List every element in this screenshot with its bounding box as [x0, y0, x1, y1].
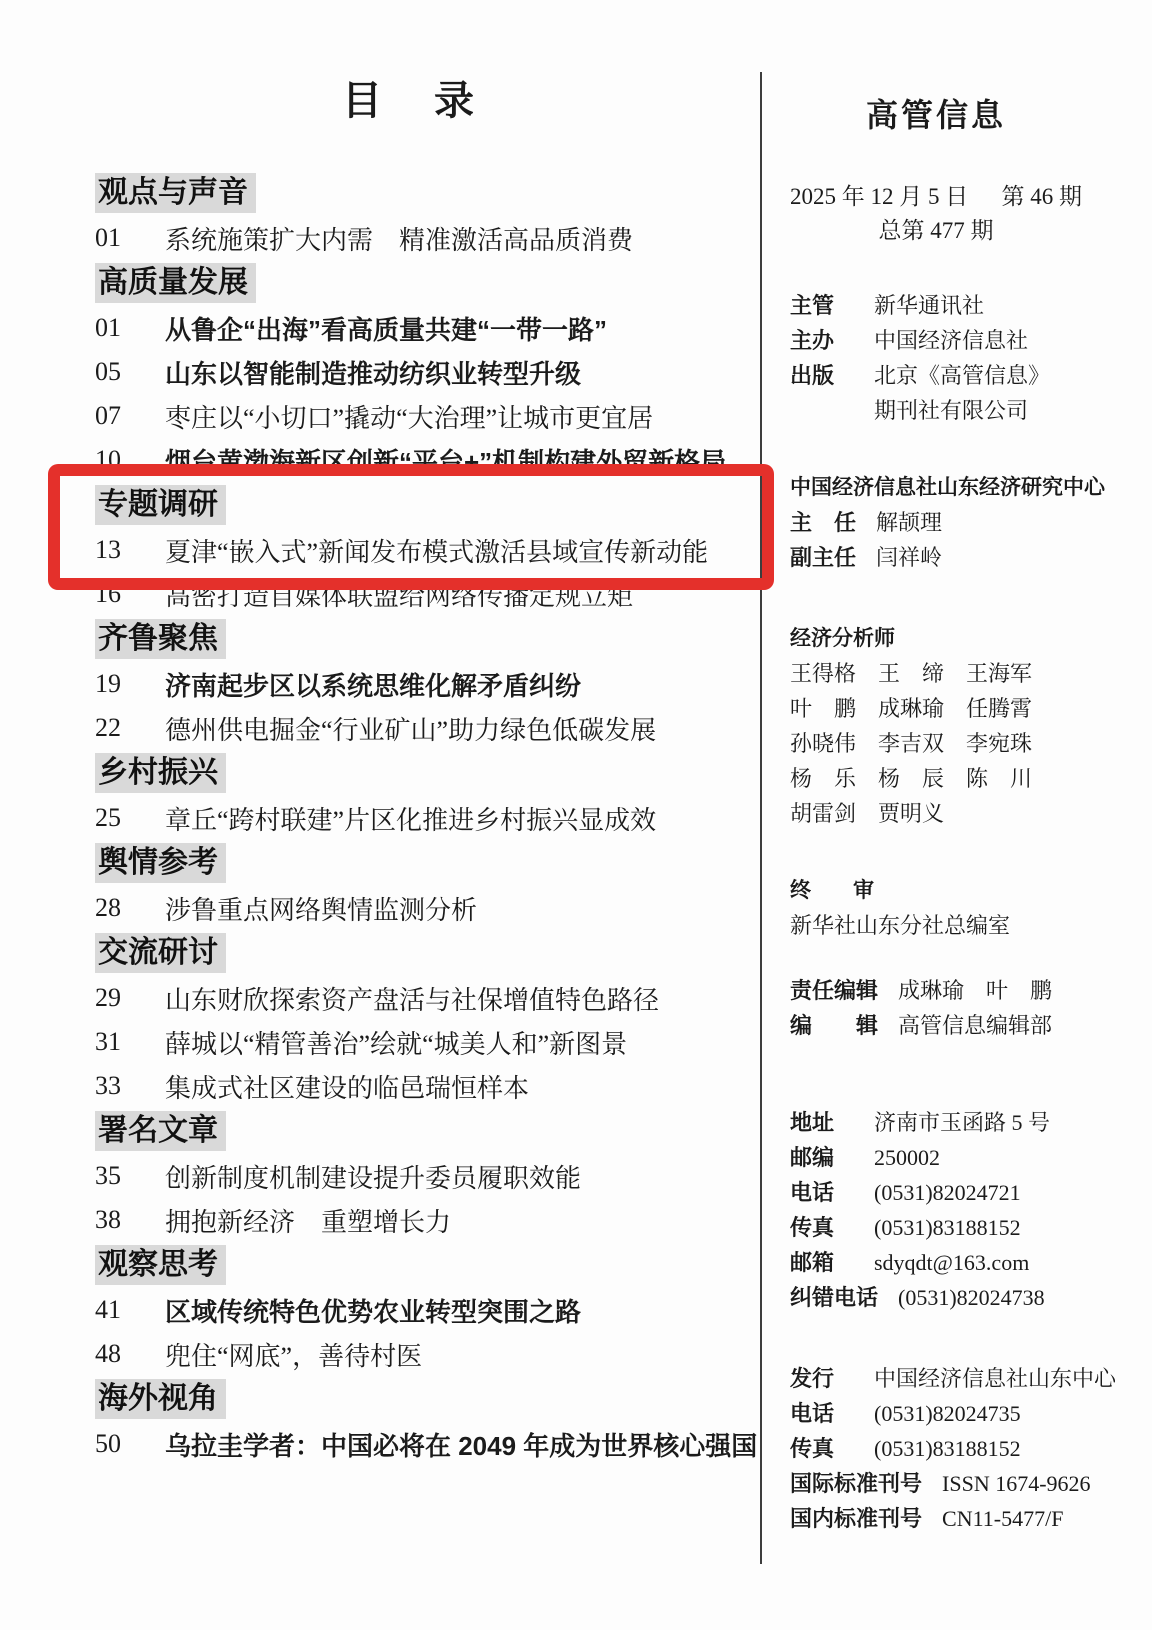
masthead-row: 地址济南市玉函路 5 号 — [790, 1105, 1082, 1140]
masthead-row-label: 国际标准刊号 — [790, 1466, 922, 1501]
toc-section-header: 观点与声音 — [95, 170, 727, 216]
toc-item: 50乌拉圭学者：中国必将在 2049 年成为世界核心强国 — [95, 1422, 727, 1466]
masthead-row-label: 副主任 — [790, 540, 856, 575]
toc-section-header: 舆情参考 — [95, 840, 727, 886]
toc-item-page-number: 31 — [95, 1027, 139, 1057]
toc-item-page-number: 25 — [95, 803, 139, 833]
toc-item: 41区域传统特色优势农业转型突围之路 — [95, 1288, 727, 1332]
masthead-row-value: 北京《高管信息》 — [874, 363, 1050, 388]
toc-item-page-number: 29 — [95, 983, 139, 1013]
masthead-row: 邮箱sdyqdt@163.com — [790, 1245, 1082, 1280]
toc-item-page-number: 22 — [95, 713, 139, 743]
issue-date: 2025 年 12 月 5 日 — [790, 180, 968, 214]
masthead-row-label: 电话 — [790, 1175, 854, 1210]
issue-date-block: 2025 年 12 月 5 日 第 46 期 总第 477 期 — [790, 180, 1082, 248]
toc-item-title: 系统施策扩大内需 精准激活高品质消费 — [165, 220, 633, 257]
toc-item: 29山东财欣探索资产盘活与社保增值特色路径 — [95, 976, 727, 1020]
toc-item-title: 薛城以“精管善治”绘就“城美人和”新图景 — [165, 1024, 627, 1061]
toc-item-page-number: 48 — [95, 1339, 139, 1369]
toc-item: 22德州供电掘金“行业矿山”助力绿色低碳发展 — [95, 706, 727, 750]
toc-item-page-number: 38 — [95, 1205, 139, 1235]
contact-block: 地址济南市玉函路 5 号邮编250002电话(0531)82024721传真(0… — [790, 1105, 1082, 1315]
toc-item-title: 集成式社区建设的临邑瑞恒样本 — [165, 1068, 529, 1105]
toc-section-header: 观察思考 — [95, 1242, 727, 1288]
toc-item: 35创新制度机制建设提升委员履职效能 — [95, 1154, 727, 1198]
toc-item-page-number: 01 — [95, 223, 139, 253]
toc-item-title: 涉鲁重点网络舆情监测分析 — [165, 890, 477, 927]
analyst-name-row: 胡雷剑 贾明义 — [790, 796, 1082, 831]
issue-number: 第 46 期 — [1002, 180, 1083, 214]
director-rows: 主 任解颉理副主任闫祥岭 — [790, 505, 1082, 575]
toc-item-page-number: 41 — [95, 1295, 139, 1325]
masthead-row-label: 地址 — [790, 1105, 854, 1140]
toc-item-title: 兜住“网底”，善待村医 — [165, 1336, 422, 1373]
toc-item-page-number: 50 — [95, 1429, 139, 1459]
toc-item: 28涉鲁重点网络舆情监测分析 — [95, 886, 727, 930]
analyst-name-row: 王得格 王 缔 王海军 — [790, 656, 1082, 691]
toc-section-header-label: 署名文章 — [95, 1111, 226, 1152]
masthead-row-value: (0531)82024738 — [898, 1285, 1045, 1310]
masthead-row: 邮编250002 — [790, 1140, 1082, 1175]
toc-item-title: 德州供电掘金“行业矿山”助力绿色低碳发展 — [165, 710, 656, 747]
masthead-row-value: ISSN 1674-9626 — [942, 1471, 1091, 1496]
masthead-row: 主 任解颉理 — [790, 505, 1082, 540]
masthead-row-label: 主管 — [790, 288, 854, 323]
toc-item: 25章丘“跨村联建”片区化推进乡村振兴显成效 — [95, 796, 727, 840]
toc-section-header: 齐鲁聚焦 — [95, 616, 727, 662]
analysts-block: 经济分析师 王得格 王 缔 王海军叶 鹏 成琳瑜 任腾霄孙晓伟 李吉双 李宛珠杨… — [790, 621, 1082, 831]
masthead-row: 主办中国经济信息社 — [790, 323, 1082, 358]
page: { "toc": { "title": "目 录", "sections": [… — [0, 0, 1152, 1630]
highlight-annotation-box — [48, 464, 774, 590]
masthead-row-value: (0531)82024735 — [874, 1401, 1021, 1426]
masthead-row-value: (0531)83188152 — [874, 1436, 1021, 1461]
masthead-row: 责任编辑成琳瑜 叶 鹏 — [790, 973, 1082, 1008]
analysts-header: 经济分析师 — [790, 621, 1082, 656]
toc-section-header: 署名文章 — [95, 1108, 727, 1154]
masthead-row-label: 邮箱 — [790, 1245, 854, 1280]
masthead-column: 高管信息 2025 年 12 月 5 日 第 46 期 总第 477 期 主管新… — [790, 80, 1082, 1536]
toc-item-title: 章丘“跨村联建”片区化推进乡村振兴显成效 — [165, 800, 656, 837]
toc-item-title: 山东财欣探索资产盘活与社保增值特色路径 — [165, 980, 659, 1017]
masthead-row: 国际标准刊号ISSN 1674-9626 — [790, 1466, 1082, 1501]
masthead-row: 主管新华通讯社 — [790, 288, 1082, 323]
masthead-row-value: 新华通讯社 — [874, 293, 984, 318]
masthead-row: 出版北京《高管信息》 — [790, 358, 1082, 393]
toc-title: 目 录 — [95, 78, 727, 124]
publisher-block: 主管新华通讯社主办中国经济信息社出版北京《高管信息》期刊社有限公司 — [790, 288, 1082, 428]
analyst-rows: 王得格 王 缔 王海军叶 鹏 成琳瑜 任腾霄孙晓伟 李吉双 李宛珠杨 乐 杨 辰… — [790, 656, 1082, 831]
toc-section-header: 交流研讨 — [95, 930, 727, 976]
masthead-row-label: 出版 — [790, 358, 854, 393]
toc-item: 19济南起步区以系统思维化解矛盾纠纷 — [95, 662, 727, 706]
masthead-row-value: 250002 — [874, 1145, 940, 1170]
toc-item-title: 从鲁企“出海”看高质量共建“一带一路” — [165, 310, 607, 347]
toc-item: 01系统施策扩大内需 精准激活高品质消费 — [95, 216, 727, 260]
toc-item: 07枣庄以“小切口”撬动“大治理”让城市更宜居 — [95, 394, 727, 438]
toc-item-title: 区域传统特色优势农业转型突围之路 — [165, 1292, 581, 1329]
toc-item-page-number: 28 — [95, 893, 139, 923]
toc-item: 05山东以智能制造推动纺织业转型升级 — [95, 350, 727, 394]
toc-section-header-label: 海外视角 — [95, 1379, 226, 1420]
masthead-row-label: 传真 — [790, 1431, 854, 1466]
toc-item-page-number: 07 — [95, 401, 139, 431]
final-review-value: 新华社山东分社总编室 — [790, 908, 1082, 943]
toc-item-title: 山东以智能制造推动纺织业转型升级 — [165, 354, 581, 391]
toc-item: 01从鲁企“出海”看高质量共建“一带一路” — [95, 306, 727, 350]
masthead-row: 期刊社有限公司 — [790, 393, 1082, 428]
final-review-label: 终 审 — [790, 873, 1082, 908]
toc-item: 33集成式社区建设的临邑瑞恒样本 — [95, 1064, 727, 1108]
toc-item-page-number: 05 — [95, 357, 139, 387]
toc-section-header-label: 高质量发展 — [95, 263, 256, 304]
masthead-row-value: 中国经济信息社山东中心 — [874, 1366, 1116, 1391]
distribution-block: 发行中国经济信息社山东中心电话(0531)82024735传真(0531)831… — [790, 1361, 1082, 1536]
issue-date-line: 2025 年 12 月 5 日 第 46 期 — [790, 180, 1082, 214]
toc-item-title: 拥抱新经济 重塑增长力 — [165, 1202, 451, 1239]
research-center-block: 中国经济信息社山东经济研究中心 主 任解颉理副主任闫祥岭 — [790, 470, 1082, 575]
editors-block: 责任编辑成琳瑜 叶 鹏编 辑高管信息编辑部 — [790, 973, 1082, 1043]
toc-section-header-label: 齐鲁聚焦 — [95, 619, 226, 660]
analyst-name-row: 杨 乐 杨 辰 陈 川 — [790, 761, 1082, 796]
toc-section-header-label: 舆情参考 — [95, 843, 226, 884]
research-center-name: 中国经济信息社山东经济研究中心 — [790, 470, 1082, 505]
toc-column: 目 录 观点与声音01系统施策扩大内需 精准激活高品质消费高质量发展01从鲁企“… — [95, 78, 727, 1466]
masthead-row-value: 闫祥岭 — [876, 545, 942, 570]
toc-sections: 观点与声音01系统施策扩大内需 精准激活高品质消费高质量发展01从鲁企“出海”看… — [95, 170, 727, 1466]
masthead-row-value: (0531)83188152 — [874, 1215, 1021, 1240]
masthead-row-label: 纠错电话 — [790, 1280, 878, 1315]
toc-item-page-number: 33 — [95, 1071, 139, 1101]
final-review-block: 终 审 新华社山东分社总编室 — [790, 873, 1082, 943]
masthead-row-value: 解颉理 — [876, 510, 942, 535]
masthead-row: 传真(0531)83188152 — [790, 1431, 1082, 1466]
toc-item: 38拥抱新经济 重塑增长力 — [95, 1198, 727, 1242]
masthead-row-value: 高管信息编辑部 — [898, 1013, 1052, 1038]
column-divider — [760, 72, 762, 1564]
masthead-row-label: 主办 — [790, 323, 854, 358]
masthead-title: 高管信息 — [790, 90, 1082, 136]
toc-item-page-number: 01 — [95, 313, 139, 343]
toc-item: 31薛城以“精管善治”绘就“城美人和”新图景 — [95, 1020, 727, 1064]
toc-item-title: 创新制度机制建设提升委员履职效能 — [165, 1158, 581, 1195]
masthead-row-label: 传真 — [790, 1210, 854, 1245]
masthead-row-value: 成琳瑜 叶 鹏 — [898, 978, 1052, 1003]
masthead-row-value: 中国经济信息社 — [874, 328, 1028, 353]
masthead-row-value: CN11-5477/F — [942, 1506, 1063, 1531]
toc-section-header-label: 乡村振兴 — [95, 753, 226, 794]
masthead-row-label: 责任编辑 — [790, 973, 878, 1008]
masthead-row-value: 期刊社有限公司 — [874, 398, 1028, 423]
masthead-row: 发行中国经济信息社山东中心 — [790, 1361, 1082, 1396]
masthead-row: 传真(0531)83188152 — [790, 1210, 1082, 1245]
toc-item: 48兜住“网底”，善待村医 — [95, 1332, 727, 1376]
masthead-row: 电话(0531)82024735 — [790, 1396, 1082, 1431]
toc-item-title: 乌拉圭学者：中国必将在 2049 年成为世界核心强国 — [165, 1426, 757, 1463]
total-issue-number: 总第 477 期 — [790, 214, 1082, 248]
masthead-row: 编 辑高管信息编辑部 — [790, 1008, 1082, 1043]
analyst-name-row: 孙晓伟 李吉双 李宛珠 — [790, 726, 1082, 761]
masthead-row-label: 编 辑 — [790, 1008, 878, 1043]
toc-section-header: 海外视角 — [95, 1376, 727, 1422]
masthead-row: 国内标准刊号CN11-5477/F — [790, 1501, 1082, 1536]
masthead-row-label: 发行 — [790, 1361, 854, 1396]
toc-item-title: 济南起步区以系统思维化解矛盾纠纷 — [165, 666, 581, 703]
masthead-row: 电话(0531)82024721 — [790, 1175, 1082, 1210]
masthead-row-value: 济南市玉函路 5 号 — [874, 1110, 1050, 1135]
toc-item-page-number: 19 — [95, 669, 139, 699]
toc-section-header: 乡村振兴 — [95, 750, 727, 796]
masthead-row: 副主任闫祥岭 — [790, 540, 1082, 575]
masthead-row-value: sdyqdt@163.com — [874, 1250, 1029, 1275]
masthead-row-label: 电话 — [790, 1396, 854, 1431]
toc-section-header-label: 观点与声音 — [95, 173, 256, 214]
masthead-row-label: 主 任 — [790, 505, 856, 540]
masthead-row: 纠错电话(0531)82024738 — [790, 1280, 1082, 1315]
toc-section-header: 高质量发展 — [95, 260, 727, 306]
masthead-row-label: 邮编 — [790, 1140, 854, 1175]
toc-section-header-label: 交流研讨 — [95, 933, 226, 974]
toc-section-header-label: 观察思考 — [95, 1245, 226, 1286]
masthead-row-label: 国内标准刊号 — [790, 1501, 922, 1536]
analyst-name-row: 叶 鹏 成琳瑜 任腾霄 — [790, 691, 1082, 726]
toc-item-page-number: 35 — [95, 1161, 139, 1191]
toc-item-title: 枣庄以“小切口”撬动“大治理”让城市更宜居 — [165, 398, 653, 435]
masthead-row-value: (0531)82024721 — [874, 1180, 1021, 1205]
